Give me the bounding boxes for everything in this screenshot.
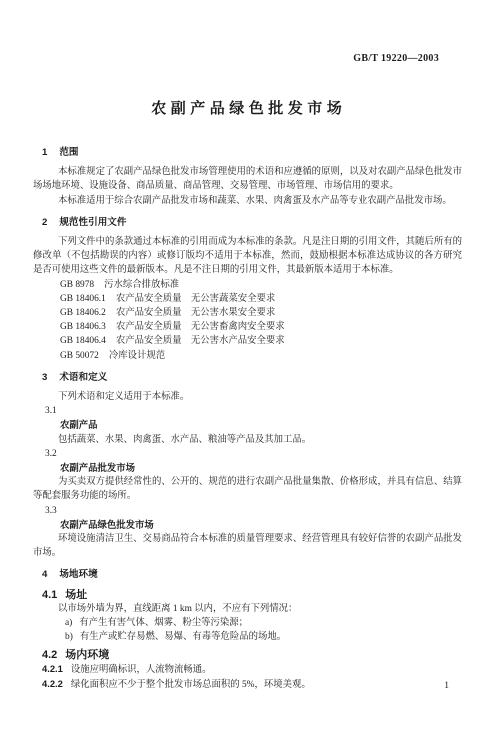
term-entry: 3.3 农副产品绿色批发市场 环境设施清洁卫生、交易商品符合本标准的质量管理要求… (33, 504, 462, 561)
section-title: 术语和定义 (59, 372, 107, 383)
reference-title: 农产品安全质量 无公害水果安全要求 (116, 308, 275, 318)
subsection-heading-site: 4.1场址 (33, 588, 462, 602)
section-number: 2 (42, 217, 47, 228)
clause: 4.2.2绿化面积应不少于整个批发市场总面积的 5%，环境美观。 (33, 677, 462, 692)
section-heading-normative-references: 2规范性引用文件 (33, 216, 462, 230)
list-item-label: b) (65, 632, 73, 642)
reference-title: 农产品安全质量 无公害蔬菜安全要求 (116, 294, 275, 304)
section-title: 范围 (59, 147, 78, 158)
term-name: 农副产品批发市场 (33, 461, 462, 475)
section-number: 4 (42, 569, 47, 580)
list-item-label: a) (65, 618, 72, 628)
clause: 4.2.1设施应明确标识，人流物流畅通。 (33, 662, 462, 677)
document-body: 1范围 本标准规定了农副产品绿色批发市场管理使用的术语和应遵循的原则，以及对农副… (33, 140, 462, 692)
subsection-heading-indoor-environment: 4.2场内环境 (33, 648, 462, 662)
reference-code: GB 50072 (60, 351, 99, 361)
reference-item: GB 8978污水综合排放标准 (33, 278, 462, 292)
term-definition: 为买卖双方提供经常性的、公开的、规范的进行农副产品批量集散、价格形成，并具有信息… (33, 475, 462, 503)
reference-item: GB 18406.2农产品安全质量 无公害水果安全要求 (33, 306, 462, 320)
section-title: 规范性引用文件 (59, 217, 126, 228)
section-number: 1 (42, 147, 47, 158)
paragraph: 本标准规定了农副产品绿色批发市场管理使用的术语和应遵循的原则，以及对农副产品绿色… (33, 165, 462, 193)
list-item: b)有生产或贮存易燃、易爆、有毒等危险品的场地。 (33, 630, 462, 644)
term-name: 农副产品 (33, 418, 462, 432)
document-page: GB/T 19220—2003 农副产品绿色批发市场 1范围 本标准规定了农副产… (0, 0, 493, 736)
section-heading-scope: 1范围 (33, 146, 462, 160)
clause-text: 设施应明确标识，人流物流畅通。 (71, 665, 212, 675)
clause-number: 4.2.1 (42, 663, 63, 674)
reference-code: GB 18406.2 (60, 308, 106, 318)
reference-code: GB 18406.3 (60, 322, 106, 332)
section-heading-terms: 3术语和定义 (33, 371, 462, 385)
reference-item: GB 18406.4农产品安全质量 无公害水产品安全要求 (33, 334, 462, 348)
section-number: 3 (42, 372, 47, 383)
reference-item: GB 18406.3农产品安全质量 无公害畜禽肉安全要求 (33, 320, 462, 334)
section-title: 场地环境 (59, 569, 97, 580)
reference-title: 农产品安全质量 无公害畜禽肉安全要求 (116, 322, 285, 332)
term-entry: 3.1 农副产品 包括蔬菜、水果、肉禽蛋、水产品、粮油等产品及其加工品。 (33, 404, 462, 447)
reference-code: GB 18406.4 (60, 336, 106, 346)
reference-title: 农产品安全质量 无公害水产品安全要求 (116, 336, 285, 346)
page-number: 1 (444, 681, 449, 691)
subsection-number: 4.1 (42, 589, 57, 601)
term-definition: 环境设施清洁卫生、交易商品符合本标准的质量管理要求、经营管理具有较好信誉的农副产… (33, 532, 462, 560)
paragraph: 本标准适用于综合农副产品批发市场和蔬菜、水果、肉禽蛋及水产品等专业农副产品批发市… (33, 194, 462, 208)
list-item-text: 有生产或贮存易燃、易爆、有毒等危险品的场地。 (80, 632, 286, 642)
paragraph: 下列文件中的条款通过本标准的引用而成为本标准的条款。凡是注日期的引用文件，其随后… (33, 235, 462, 278)
paragraph: 以市场外墙为界，直线距离 1 km 以内，不应有下列情况： (33, 602, 462, 616)
document-title: 农副产品绿色批发市场 (0, 97, 493, 118)
clause-text: 绿化面积应不少于整个批发市场总面积的 5%，环境美观。 (71, 680, 311, 690)
standard-number: GB/T 19220—2003 (353, 53, 439, 64)
subsection-title: 场址 (65, 589, 87, 601)
reference-title: 污水综合排放标准 (104, 280, 179, 290)
reference-title: 冷库设计规范 (109, 351, 165, 361)
clause-number: 4.2.2 (42, 678, 63, 689)
term-name: 农副产品绿色批发市场 (33, 518, 462, 532)
reference-item: GB 18406.1农产品安全质量 无公害蔬菜安全要求 (33, 292, 462, 306)
term-number: 3.1 (33, 404, 462, 418)
list-item: a)有产生有害气体、烟雾、粉尘等污染源； (33, 616, 462, 630)
term-definition: 包括蔬菜、水果、肉禽蛋、水产品、粮油等产品及其加工品。 (33, 433, 462, 447)
subsection-number: 4.2 (42, 649, 57, 661)
term-entry: 3.2 农副产品批发市场 为买卖双方提供经常性的、公开的、规范的进行农副产品批量… (33, 447, 462, 504)
subsection-title: 场内环境 (65, 649, 109, 661)
reference-item: GB 50072冷库设计规范 (33, 349, 462, 363)
paragraph: 下列术语和定义适用于本标准。 (33, 390, 462, 404)
reference-code: GB 18406.1 (60, 294, 106, 304)
reference-code: GB 8978 (60, 280, 94, 290)
list-item-text: 有产生有害气体、烟雾、粉尘等污染源； (79, 618, 248, 628)
term-number: 3.2 (33, 447, 462, 461)
references-list: GB 8978污水综合排放标准 GB 18406.1农产品安全质量 无公害蔬菜安… (33, 278, 462, 363)
section-heading-site-environment: 4场地环境 (33, 568, 462, 582)
term-number: 3.3 (33, 504, 462, 518)
